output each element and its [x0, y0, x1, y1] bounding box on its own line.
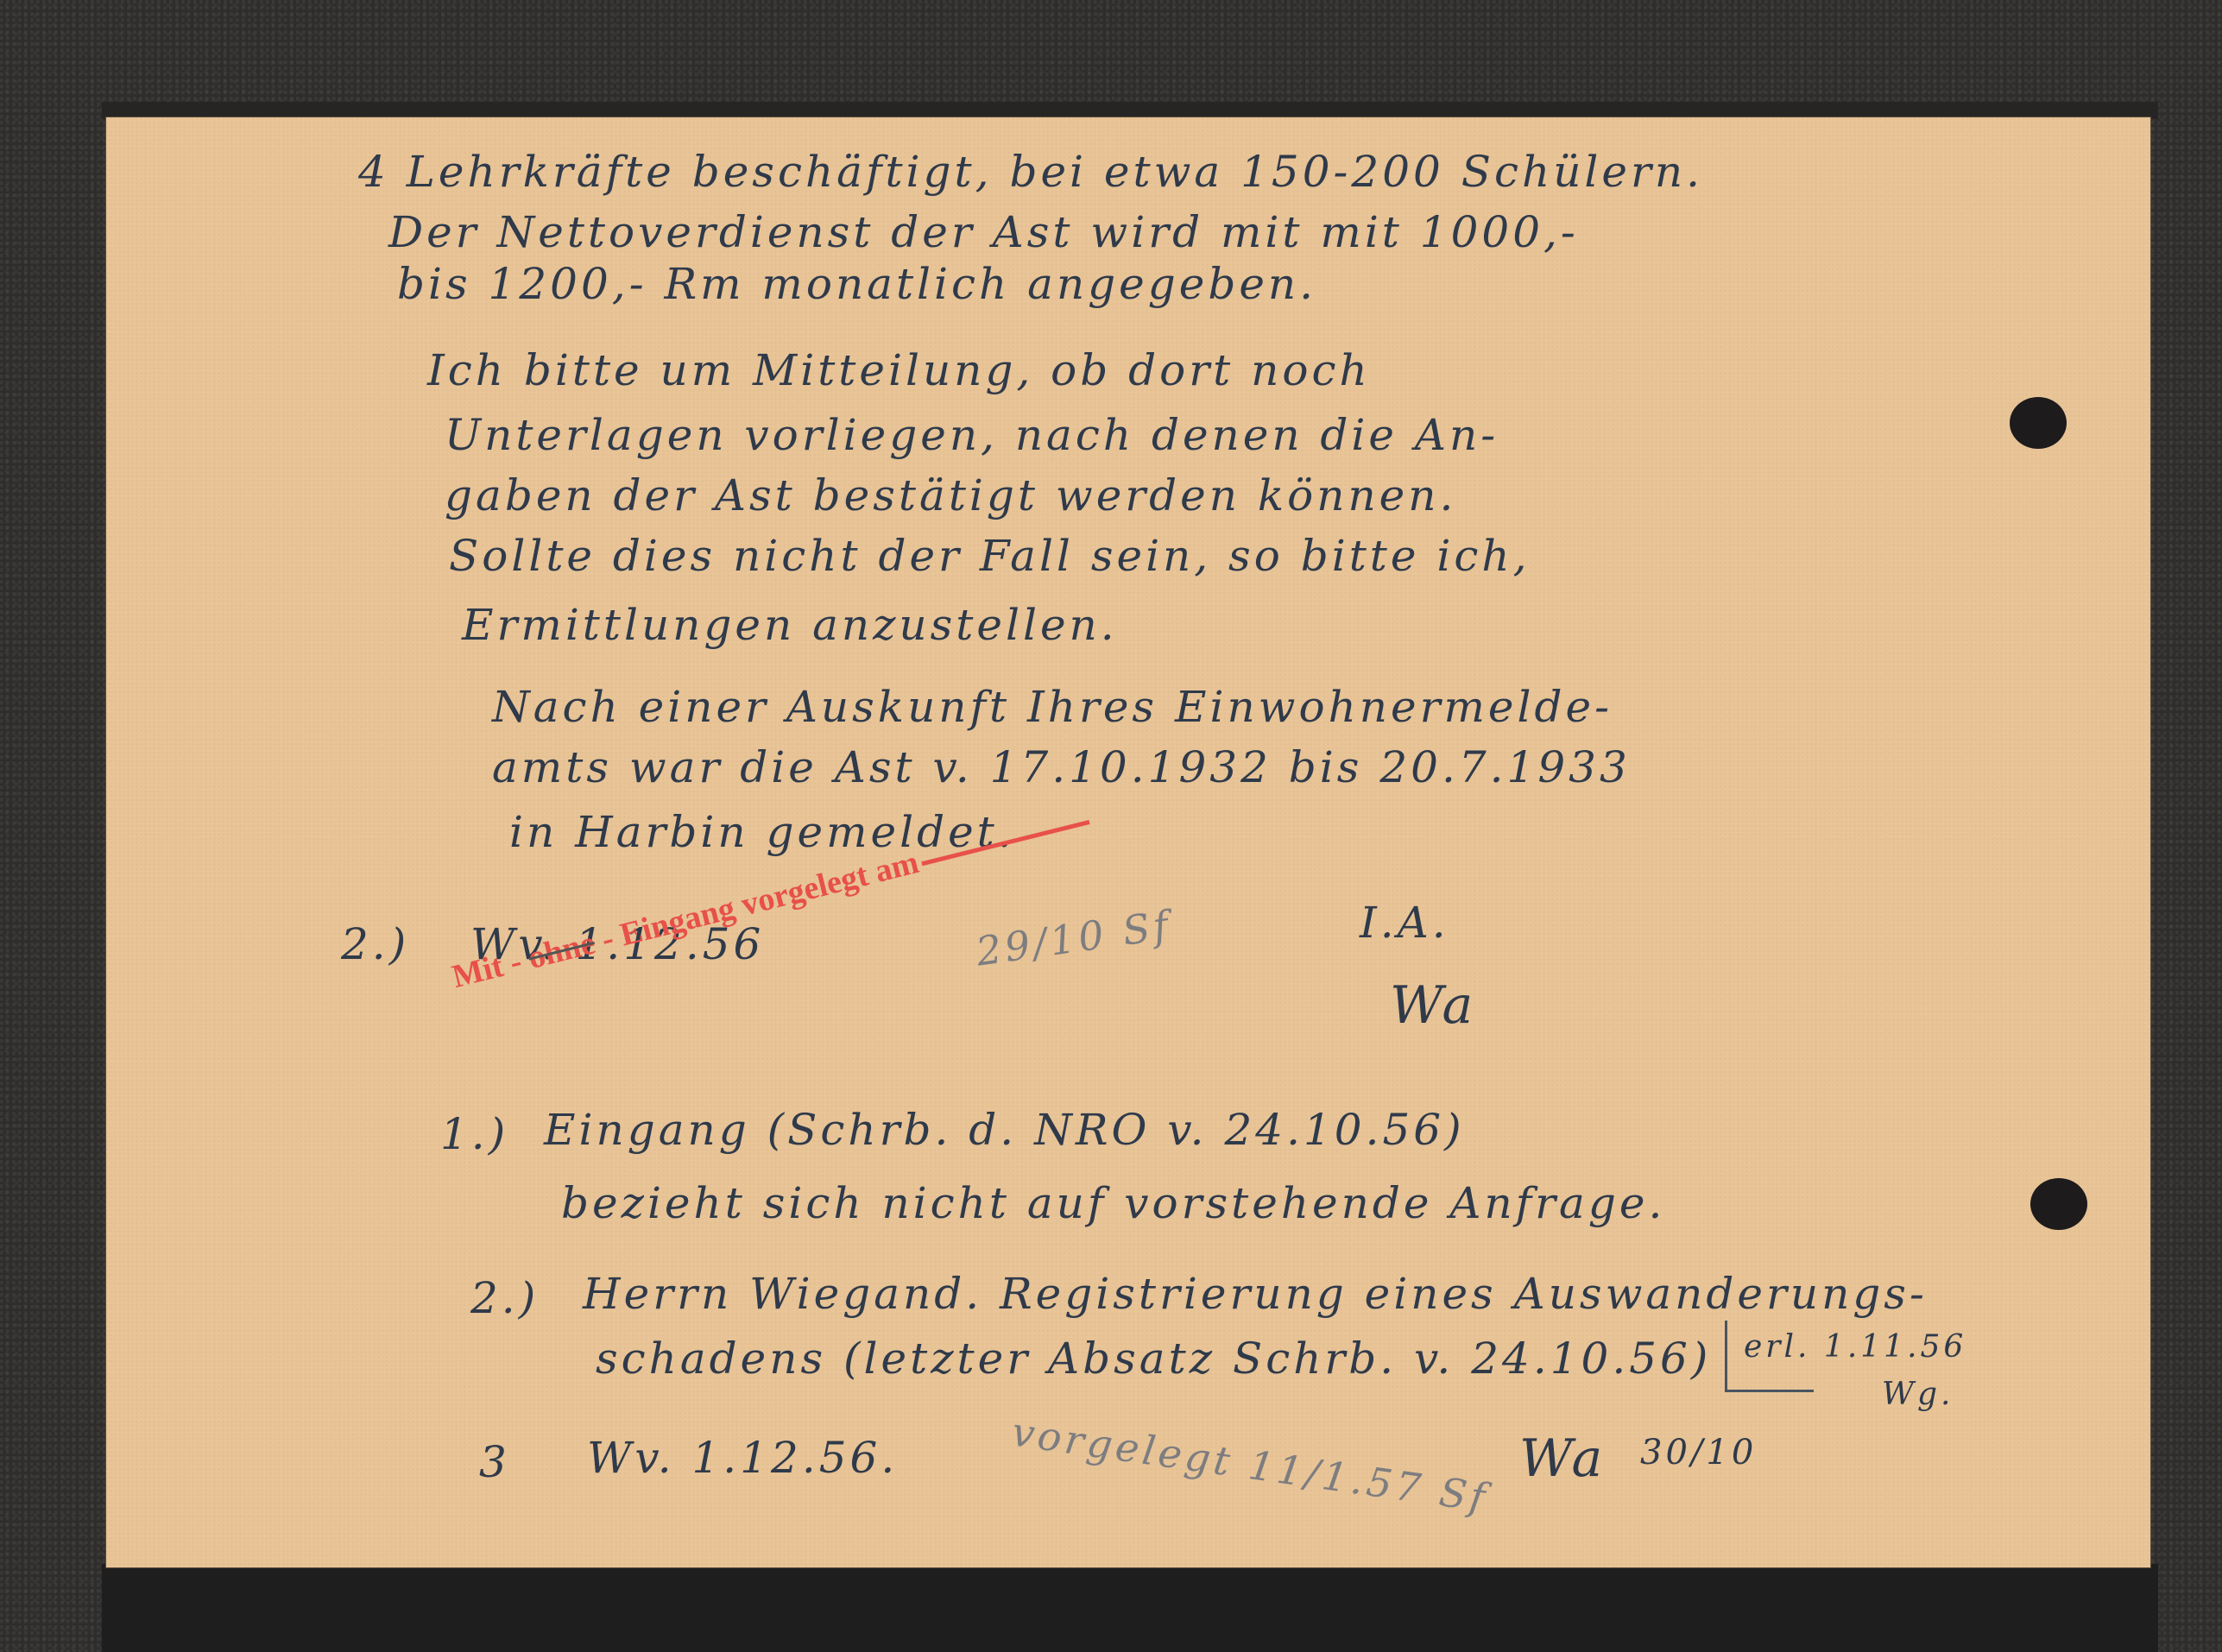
margin-note: erl. 1.11.56	[1744, 1329, 1966, 1365]
text-line: Ermittlungen anzustellen.	[462, 600, 1118, 650]
text-line: Sollte dies nicht der Fall sein, so bitt…	[449, 531, 1530, 581]
margin-note: Wg.	[1882, 1377, 1954, 1412]
text-line: schadens (letzter Absatz Schrb. v. 24.10…	[596, 1334, 1711, 1384]
resubmission-date: Wv. 1.12.56.	[587, 1433, 898, 1483]
item-number: 2.)	[341, 919, 409, 969]
item-number: 3	[479, 1437, 510, 1487]
text-line: Eingang (Schrb. d. NRO v. 24.10.56)	[544, 1105, 1465, 1155]
item-number: 1.)	[440, 1109, 508, 1159]
binder-bottom-strip	[102, 1564, 2158, 1652]
text-line: Unterlagen vorliegen, nach denen die An-	[445, 410, 1499, 460]
signature: Wa	[1390, 975, 1476, 1036]
item-number: 2.)	[470, 1273, 539, 1323]
text-line: Der Nettoverdienst der Ast wird mit mit …	[388, 207, 1579, 257]
text-line: bis 1200,- Rm monatlich angegeben.	[397, 259, 1316, 309]
signature: Wa	[1519, 1428, 1606, 1489]
signature-label: I.A.	[1360, 898, 1449, 948]
text-line: gaben der Ast bestätigt werden können.	[445, 470, 1456, 520]
text-line: Ich bitte um Mitteilung, ob dort noch	[427, 345, 1371, 395]
punch-hole-bottom	[2030, 1178, 2087, 1230]
text-line: Herrn Wiegand. Registrierung eines Auswa…	[583, 1269, 1928, 1319]
text-line: bezieht sich nicht auf vorstehende Anfra…	[561, 1178, 1665, 1228]
text-line: 4 Lehrkräfte beschäftigt, bei etwa 150-2…	[358, 147, 1703, 197]
text-line: Nach einer Auskunft Ihres Einwohnermelde…	[492, 682, 1613, 732]
punch-hole-top	[2010, 397, 2067, 449]
signature-date: 30/10	[1640, 1433, 1757, 1472]
text-line: amts war die Ast v. 17.10.1932 bis 20.7.…	[492, 742, 1631, 792]
